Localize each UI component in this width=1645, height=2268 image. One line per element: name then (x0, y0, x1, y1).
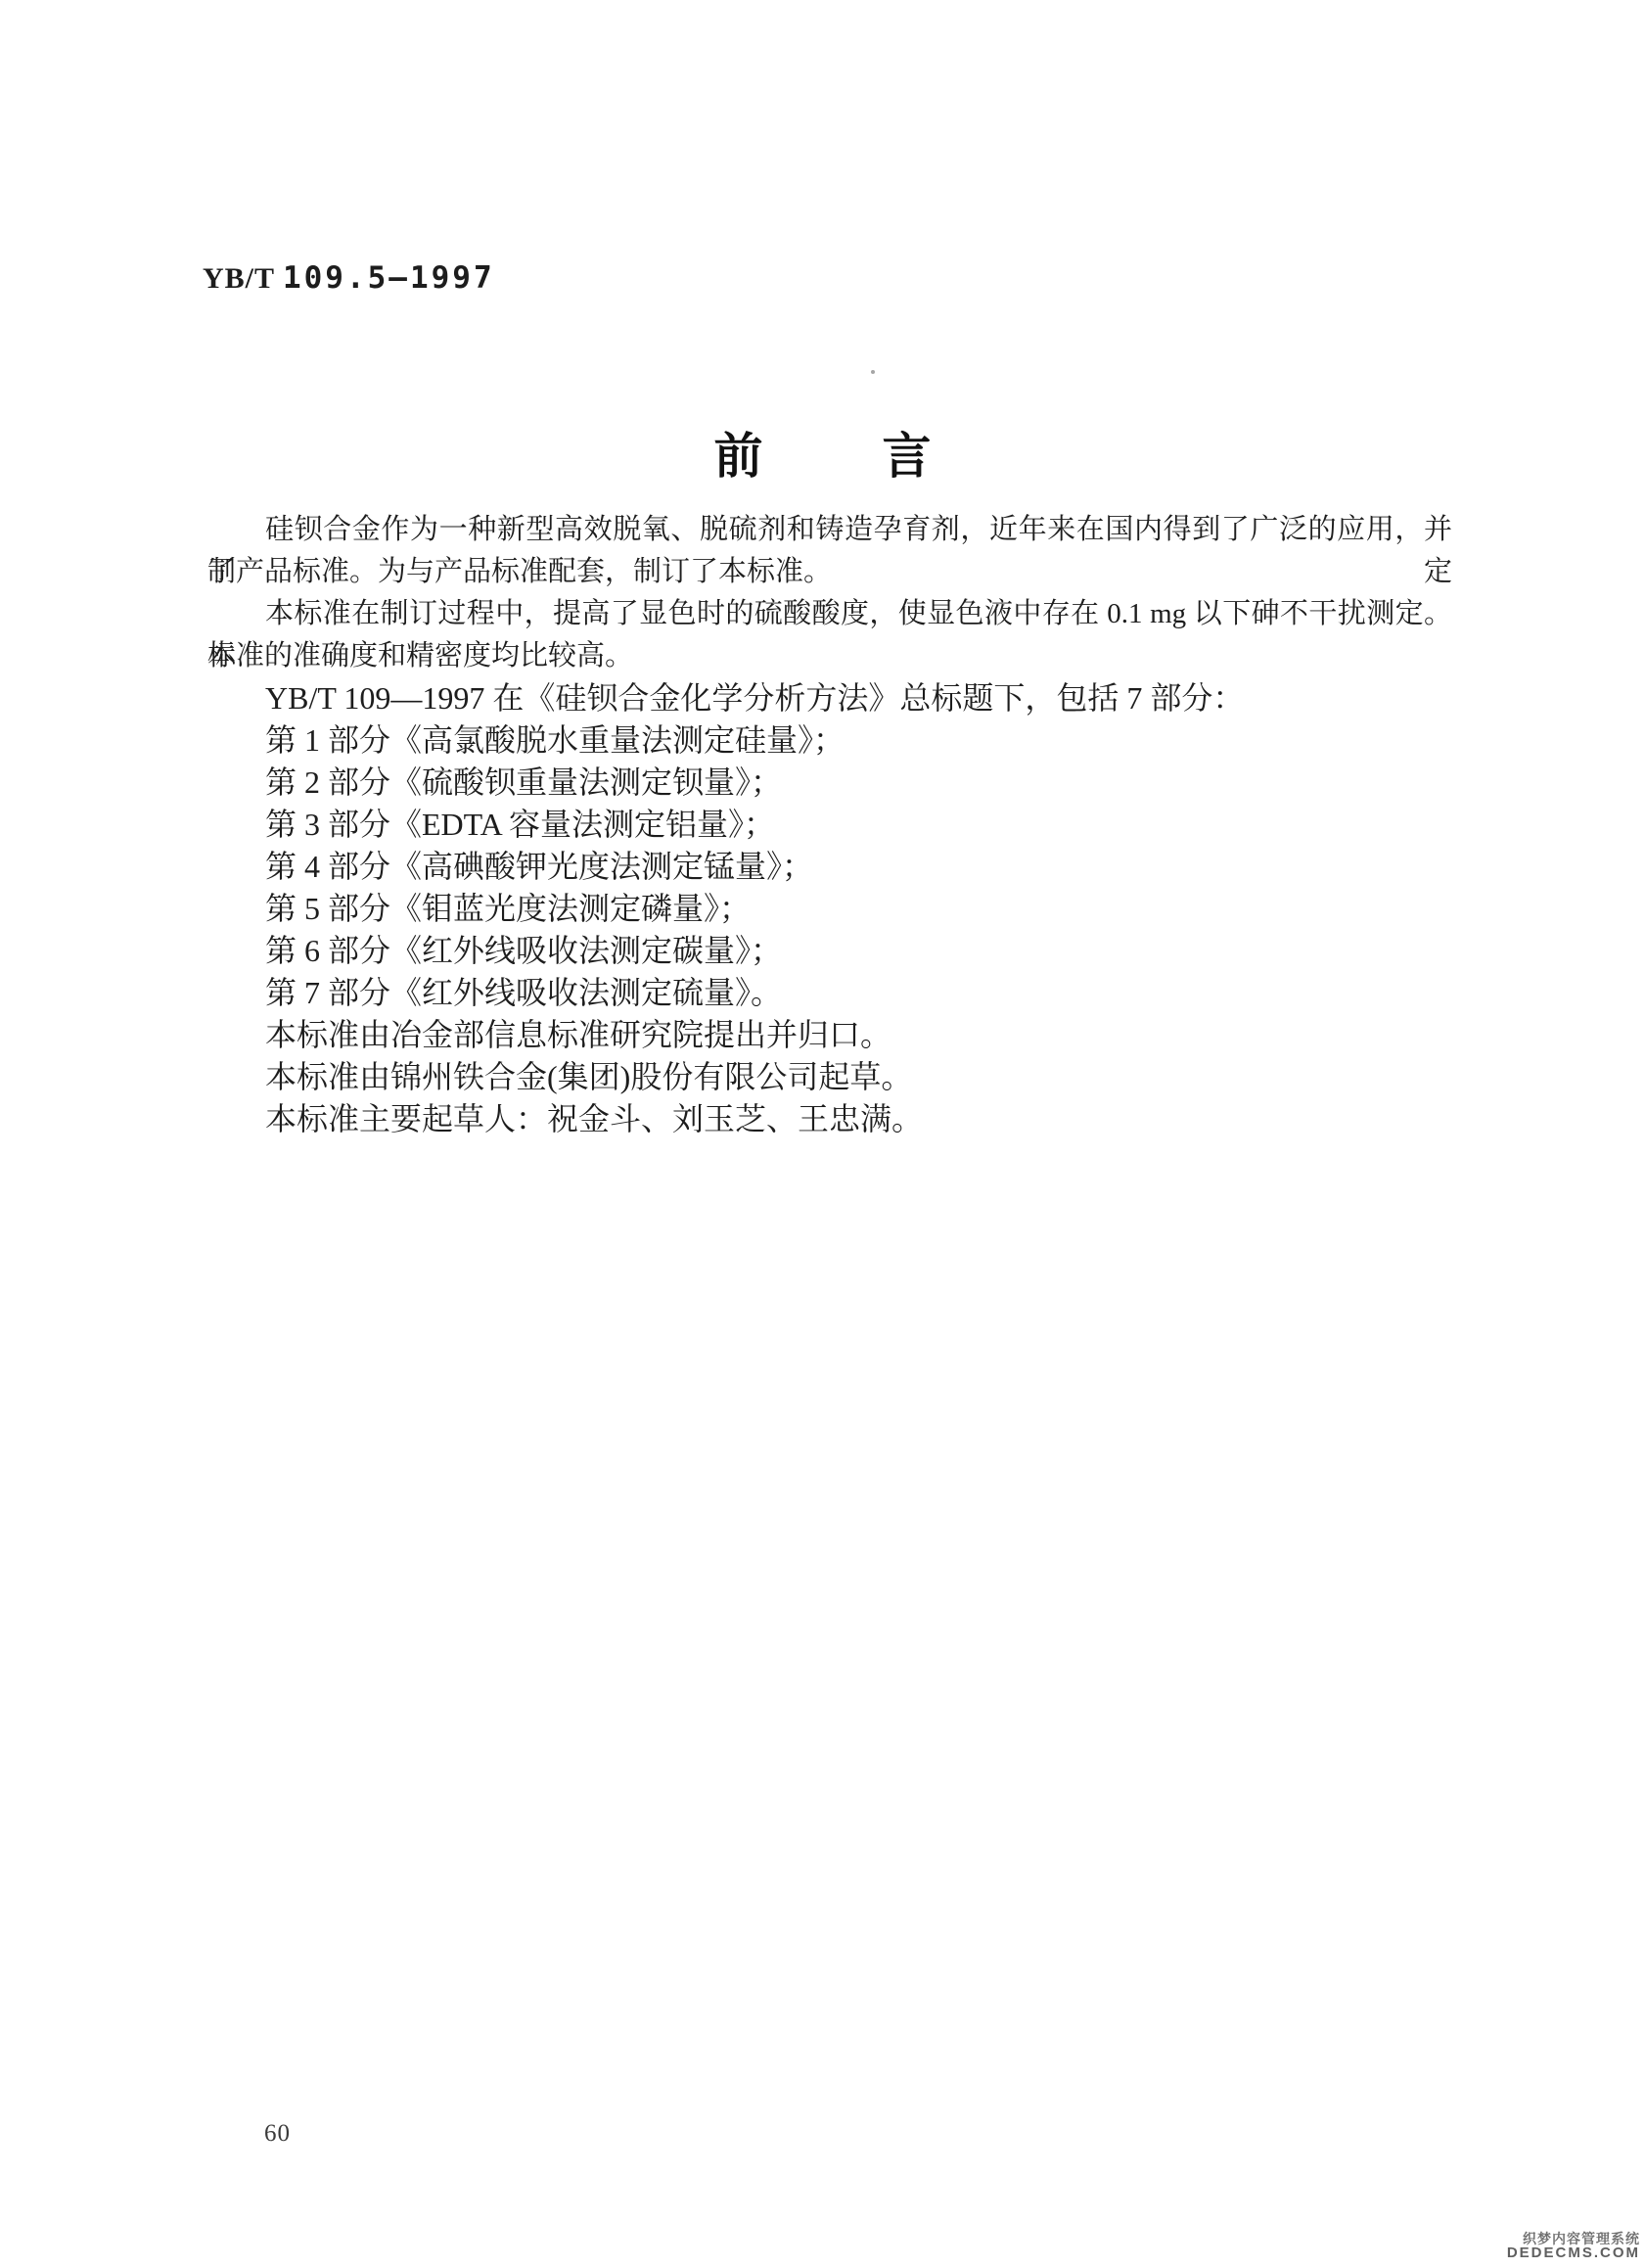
text-line: 第 6 部分《红外线吸收法测定碳量》； (207, 930, 1452, 972)
page-number: 60 (264, 2120, 291, 2148)
text-line: 标准的准确度和精密度均比较高。 (207, 635, 1452, 677)
watermark-chinese-text: 织梦内容管理系统 (1507, 2232, 1640, 2246)
standard-code-number: 109.5—1997 (283, 260, 495, 296)
watermark: 织梦内容管理系统 DEDECMS.COM (1507, 2232, 1640, 2261)
standard-code-prefix: YB/T (203, 262, 274, 295)
text-line: 本标准主要起草人：祝金斗、刘玉芝、王忠满。 (207, 1098, 1452, 1140)
text-line: 第 2 部分《硫酸钡重量法测定钡量》； (207, 762, 1452, 804)
text-line: 第 5 部分《钼蓝光度法测定磷量》； (207, 888, 1452, 930)
standard-code: YB/T 109.5—1997 (203, 260, 495, 296)
text-line: 第 1 部分《高氯酸脱水重量法测定硅量》； (207, 719, 1452, 762)
text-line: 第 7 部分《红外线吸收法测定硫量》。 (207, 972, 1452, 1014)
watermark-site-text: DEDECMS.COM (1507, 2245, 1640, 2261)
text-line: 硅钡合金作为一种新型高效脱氧、脱硫剂和铸造孕育剂，近年来在国内得到了广泛的应用，… (207, 509, 1452, 551)
scan-speck (871, 370, 875, 374)
foreword-title: 前 言 (0, 417, 1645, 487)
text-line: 第 3 部分《EDTA 容量法测定铝量》； (207, 804, 1452, 846)
text-line: 本标准由锦州铁合金(集团)股份有限公司起草。 (207, 1056, 1452, 1098)
foreword-title-char-right: 言 (883, 417, 932, 487)
text-line: 本标准在制订过程中，提高了显色时的硫酸酸度，使显色液中存在 0.1 mg 以下砷… (207, 593, 1452, 635)
text-line: 本标准由冶金部信息标准研究院提出并归口。 (207, 1014, 1452, 1056)
document-page: YB/T 109.5—1997 前 言 硅钡合金作为一种新型高效脱氧、脱硫剂和铸… (0, 0, 1645, 2268)
body-text: 硅钡合金作为一种新型高效脱氧、脱硫剂和铸造孕育剂，近年来在国内得到了广泛的应用，… (207, 509, 1452, 1140)
foreword-title-char-left: 前 (714, 417, 763, 487)
text-line: 第 4 部分《高碘酸钾光度法测定锰量》； (207, 846, 1452, 888)
text-line: YB/T 109—1997 在《硅钡合金化学分析方法》总标题下，包括 7 部分： (207, 677, 1452, 719)
